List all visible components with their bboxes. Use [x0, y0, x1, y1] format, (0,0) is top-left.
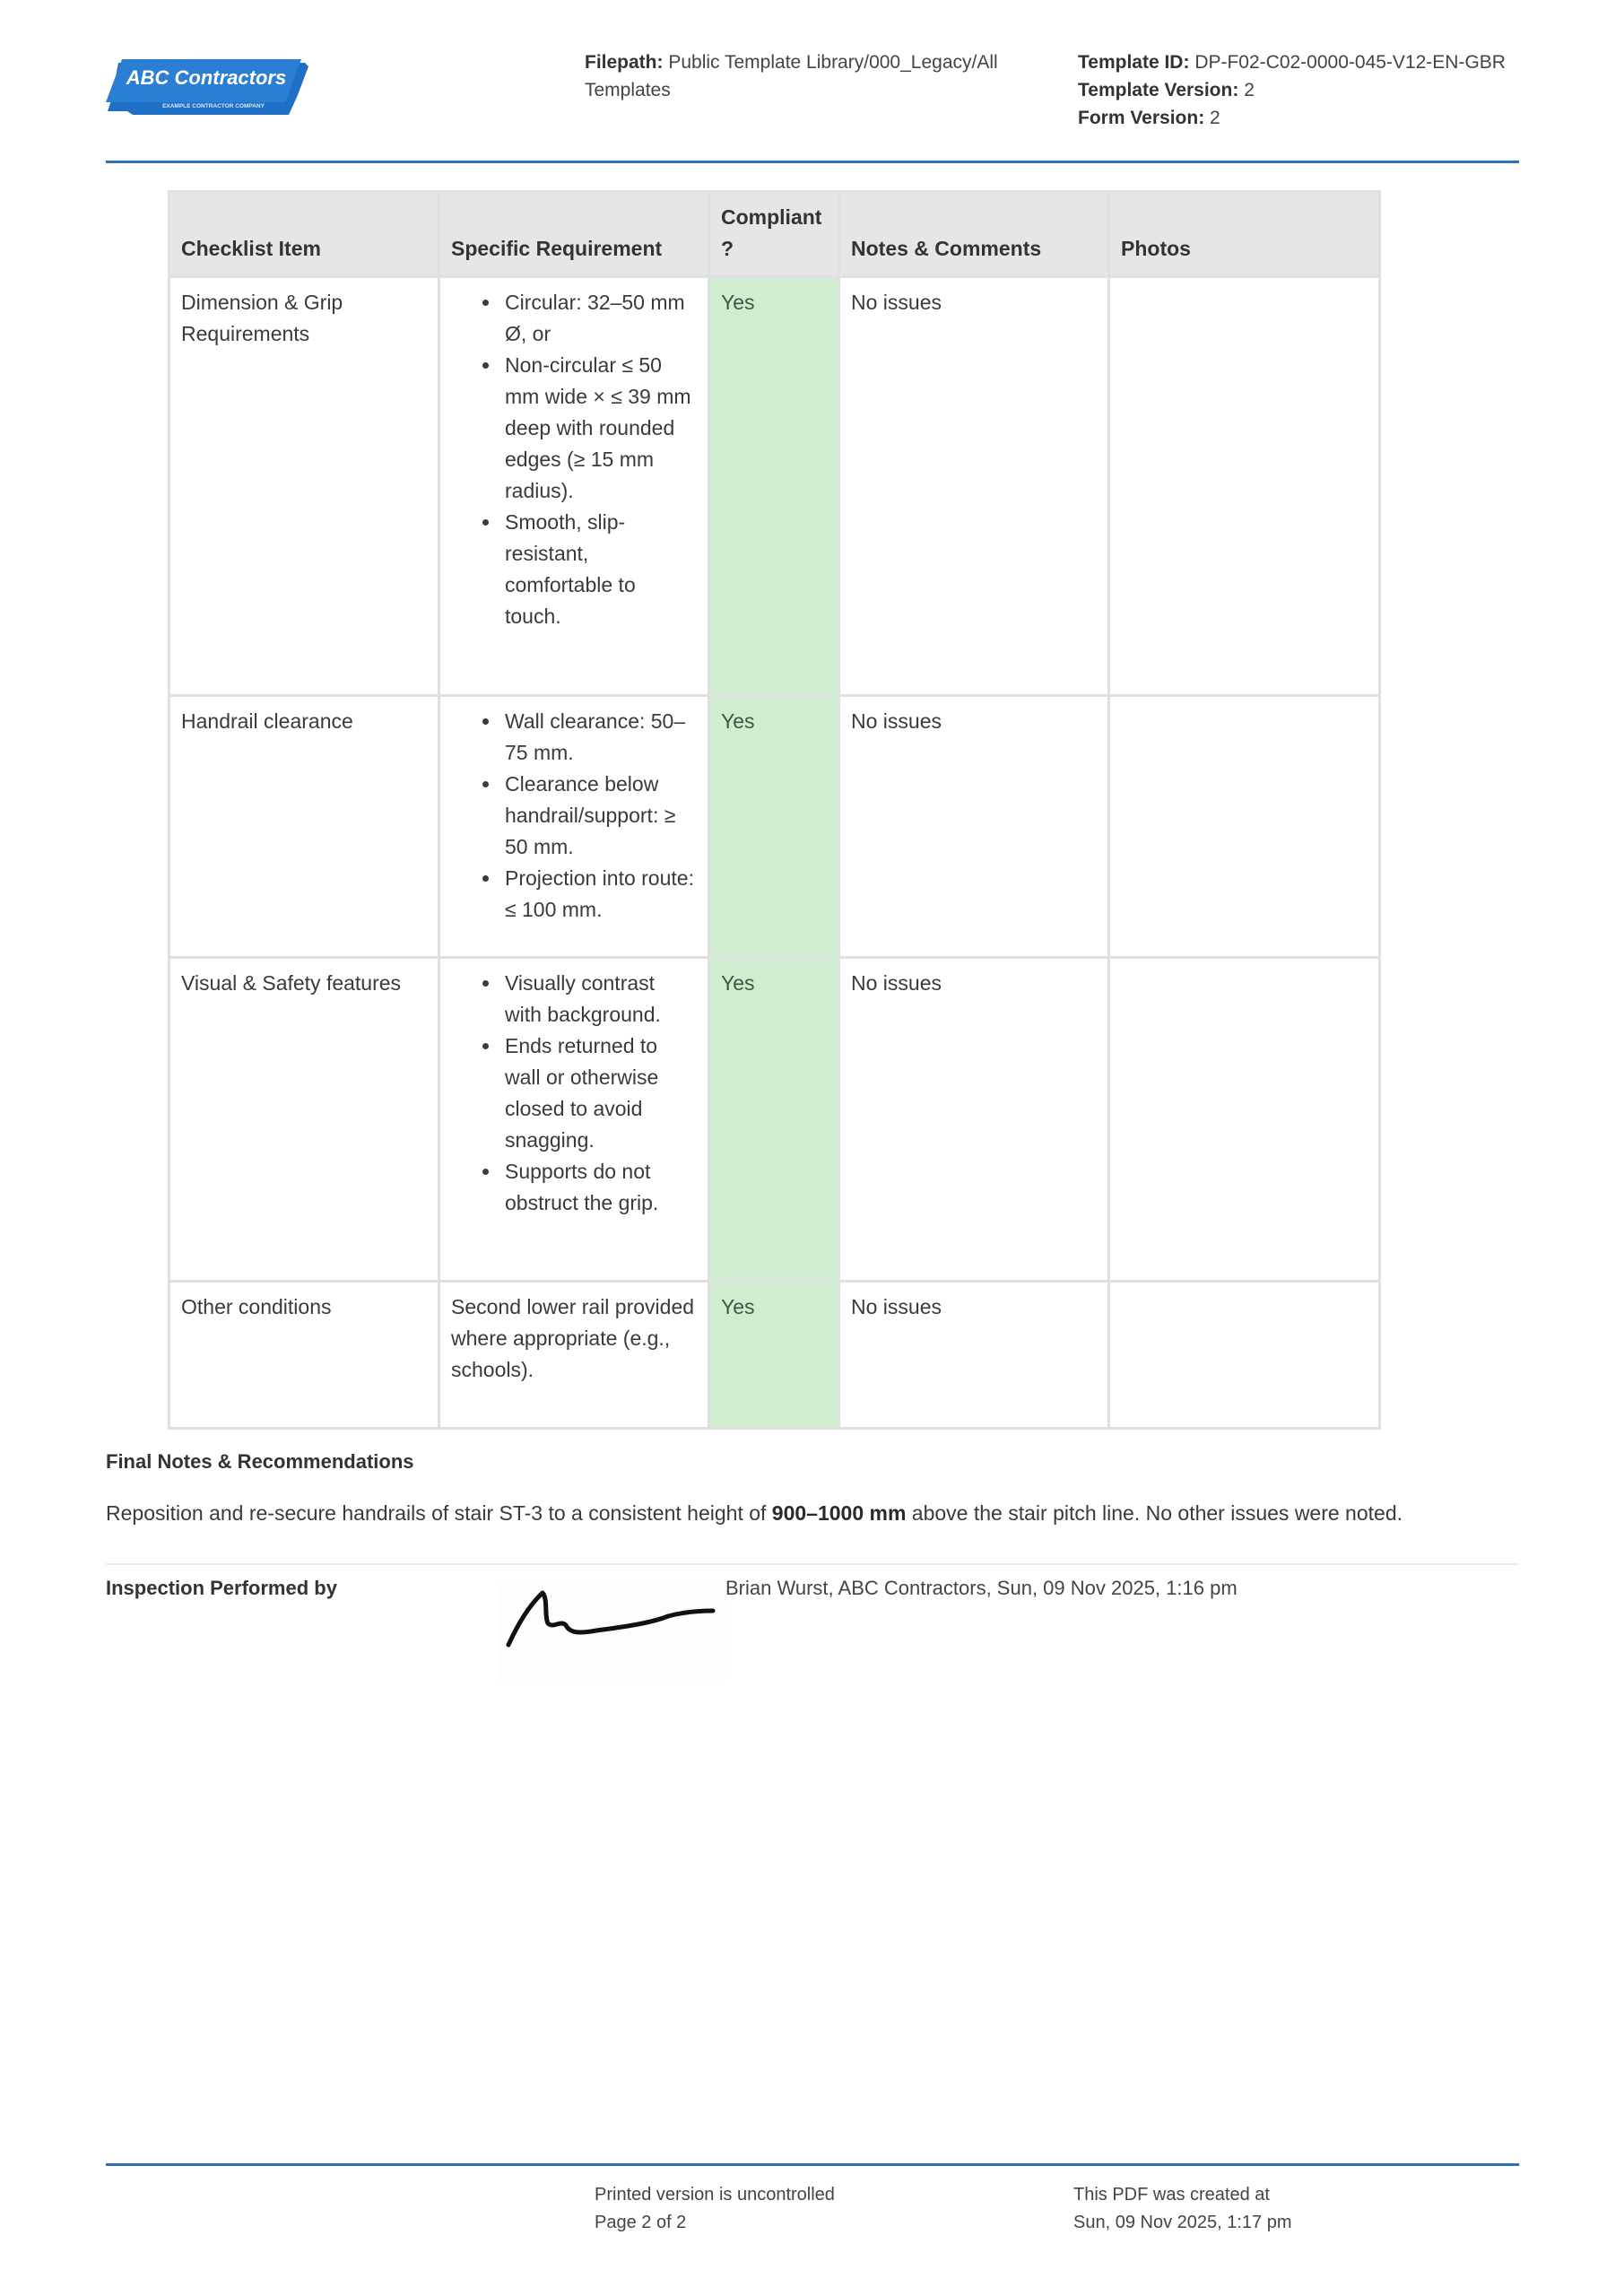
requirement-list: Visually contrast with background. Ends …	[451, 968, 697, 1219]
form-version-label: Form Version:	[1078, 108, 1204, 128]
logo-name: ABC Contractors	[126, 66, 286, 89]
final-notes-text: Reposition and re-secure handrails of st…	[106, 1501, 1541, 1526]
table-row: Other conditions Second lower rail provi…	[169, 1282, 1380, 1429]
final-notes-title: Final Notes & Recommendations	[106, 1450, 414, 1474]
uncontrolled-notice: Printed version is uncontrolled	[595, 2181, 835, 2209]
requirement-list: Wall clearance: 50–75 mm. Clearance belo…	[451, 706, 697, 926]
photos-cell	[1109, 696, 1380, 958]
specific-requirement: Circular: 32–50 mm Ø, or Non-circular ≤ …	[439, 277, 709, 696]
table-row: Dimension & Grip Requirements Circular: …	[169, 277, 1380, 696]
requirement-item: Ends returned to wall or otherwise close…	[501, 1031, 697, 1156]
requirement-item: Wall clearance: 50–75 mm.	[501, 706, 697, 769]
template-id-value: DP-F02-C02-0000-045-V12-EN-GBR	[1194, 52, 1506, 73]
compliant-answer: Yes	[709, 696, 839, 958]
requirement-item: Non-circular ≤ 50 mm wide × ≤ 39 mm deep…	[501, 350, 697, 507]
table-header-row: Checklist Item Specific Requirement Comp…	[169, 192, 1380, 277]
page-number: Page 2 of 2	[595, 2209, 835, 2237]
checklist-table: Checklist Item Specific Requirement Comp…	[168, 190, 1381, 1430]
specific-requirement: Second lower rail provided where appropr…	[439, 1282, 709, 1429]
final-notes-text-after: above the stair pitch line. No other iss…	[906, 1501, 1403, 1525]
notes-comments: No issues	[839, 958, 1109, 1282]
signature-image	[498, 1580, 726, 1681]
company-logo: ABC Contractors EXAMPLE CONTRACTOR COMPA…	[106, 57, 312, 118]
notes-comments: No issues	[839, 277, 1109, 696]
checklist-item: Other conditions	[169, 1282, 439, 1429]
template-version-label: Template Version:	[1078, 80, 1238, 100]
photos-cell	[1109, 958, 1380, 1282]
specific-requirement: Visually contrast with background. Ends …	[439, 958, 709, 1282]
photos-cell	[1109, 277, 1380, 696]
notes-comments: No issues	[839, 1282, 1109, 1429]
requirement-item: Supports do not obstruct the grip.	[501, 1156, 697, 1219]
requirement-item: Projection into route: ≤ 100 mm.	[501, 863, 697, 926]
column-header-compliant: Compliant ?	[709, 192, 839, 277]
column-header-checklist-item: Checklist Item	[169, 192, 439, 277]
checklist-item: Dimension & Grip Requirements	[169, 277, 439, 696]
notes-comments: No issues	[839, 696, 1109, 958]
table-row: Visual & Safety features Visually contra…	[169, 958, 1380, 1282]
inspection-label: Inspection Performed by	[106, 1577, 337, 1600]
filepath-label: Filepath:	[585, 52, 664, 73]
photos-cell	[1109, 1282, 1380, 1429]
created-timestamp: Sun, 09 Nov 2025, 1:17 pm	[1073, 2209, 1292, 2237]
template-version-value: 2	[1244, 80, 1255, 100]
requirement-list: Circular: 32–50 mm Ø, or Non-circular ≤ …	[451, 287, 697, 632]
column-header-photos: Photos	[1109, 192, 1380, 277]
footer-divider	[106, 2163, 1519, 2166]
form-version-value: 2	[1210, 108, 1220, 128]
requirement-item: Circular: 32–50 mm Ø, or	[501, 287, 697, 350]
final-notes-text-before: Reposition and re-secure handrails of st…	[106, 1501, 772, 1525]
requirement-item: Clearance below handrail/support: ≥ 50 m…	[501, 769, 697, 863]
compliant-answer: Yes	[709, 277, 839, 696]
inspection-signer: Brian Wurst, ABC Contractors, Sun, 09 No…	[725, 1577, 1238, 1600]
checklist-item: Visual & Safety features	[169, 958, 439, 1282]
filepath-meta: Filepath: Public Template Library/000_Le…	[585, 48, 1033, 104]
footer-left: Printed version is uncontrolled Page 2 o…	[595, 2181, 835, 2237]
final-notes-highlight: 900–1000 mm	[772, 1501, 907, 1525]
template-id-label: Template ID:	[1078, 52, 1189, 73]
compliant-answer: Yes	[709, 958, 839, 1282]
created-label: This PDF was created at	[1073, 2181, 1292, 2209]
template-meta: Template ID: DP-F02-C02-0000-045-V12-EN-…	[1078, 48, 1580, 132]
compliant-answer: Yes	[709, 1282, 839, 1429]
checklist-item: Handrail clearance	[169, 696, 439, 958]
specific-requirement: Wall clearance: 50–75 mm. Clearance belo…	[439, 696, 709, 958]
requirement-item: Smooth, slip-resistant, comfortable to t…	[501, 507, 697, 632]
logo-tagline: EXAMPLE CONTRACTOR COMPANY	[162, 103, 265, 109]
table-row: Handrail clearance Wall clearance: 50–75…	[169, 696, 1380, 958]
footer-right: This PDF was created at Sun, 09 Nov 2025…	[1073, 2181, 1292, 2237]
section-divider	[106, 1563, 1519, 1565]
column-header-specific-requirement: Specific Requirement	[439, 192, 709, 277]
requirement-item: Visually contrast with background.	[501, 968, 697, 1031]
column-header-notes: Notes & Comments	[839, 192, 1109, 277]
header-divider	[106, 161, 1519, 163]
